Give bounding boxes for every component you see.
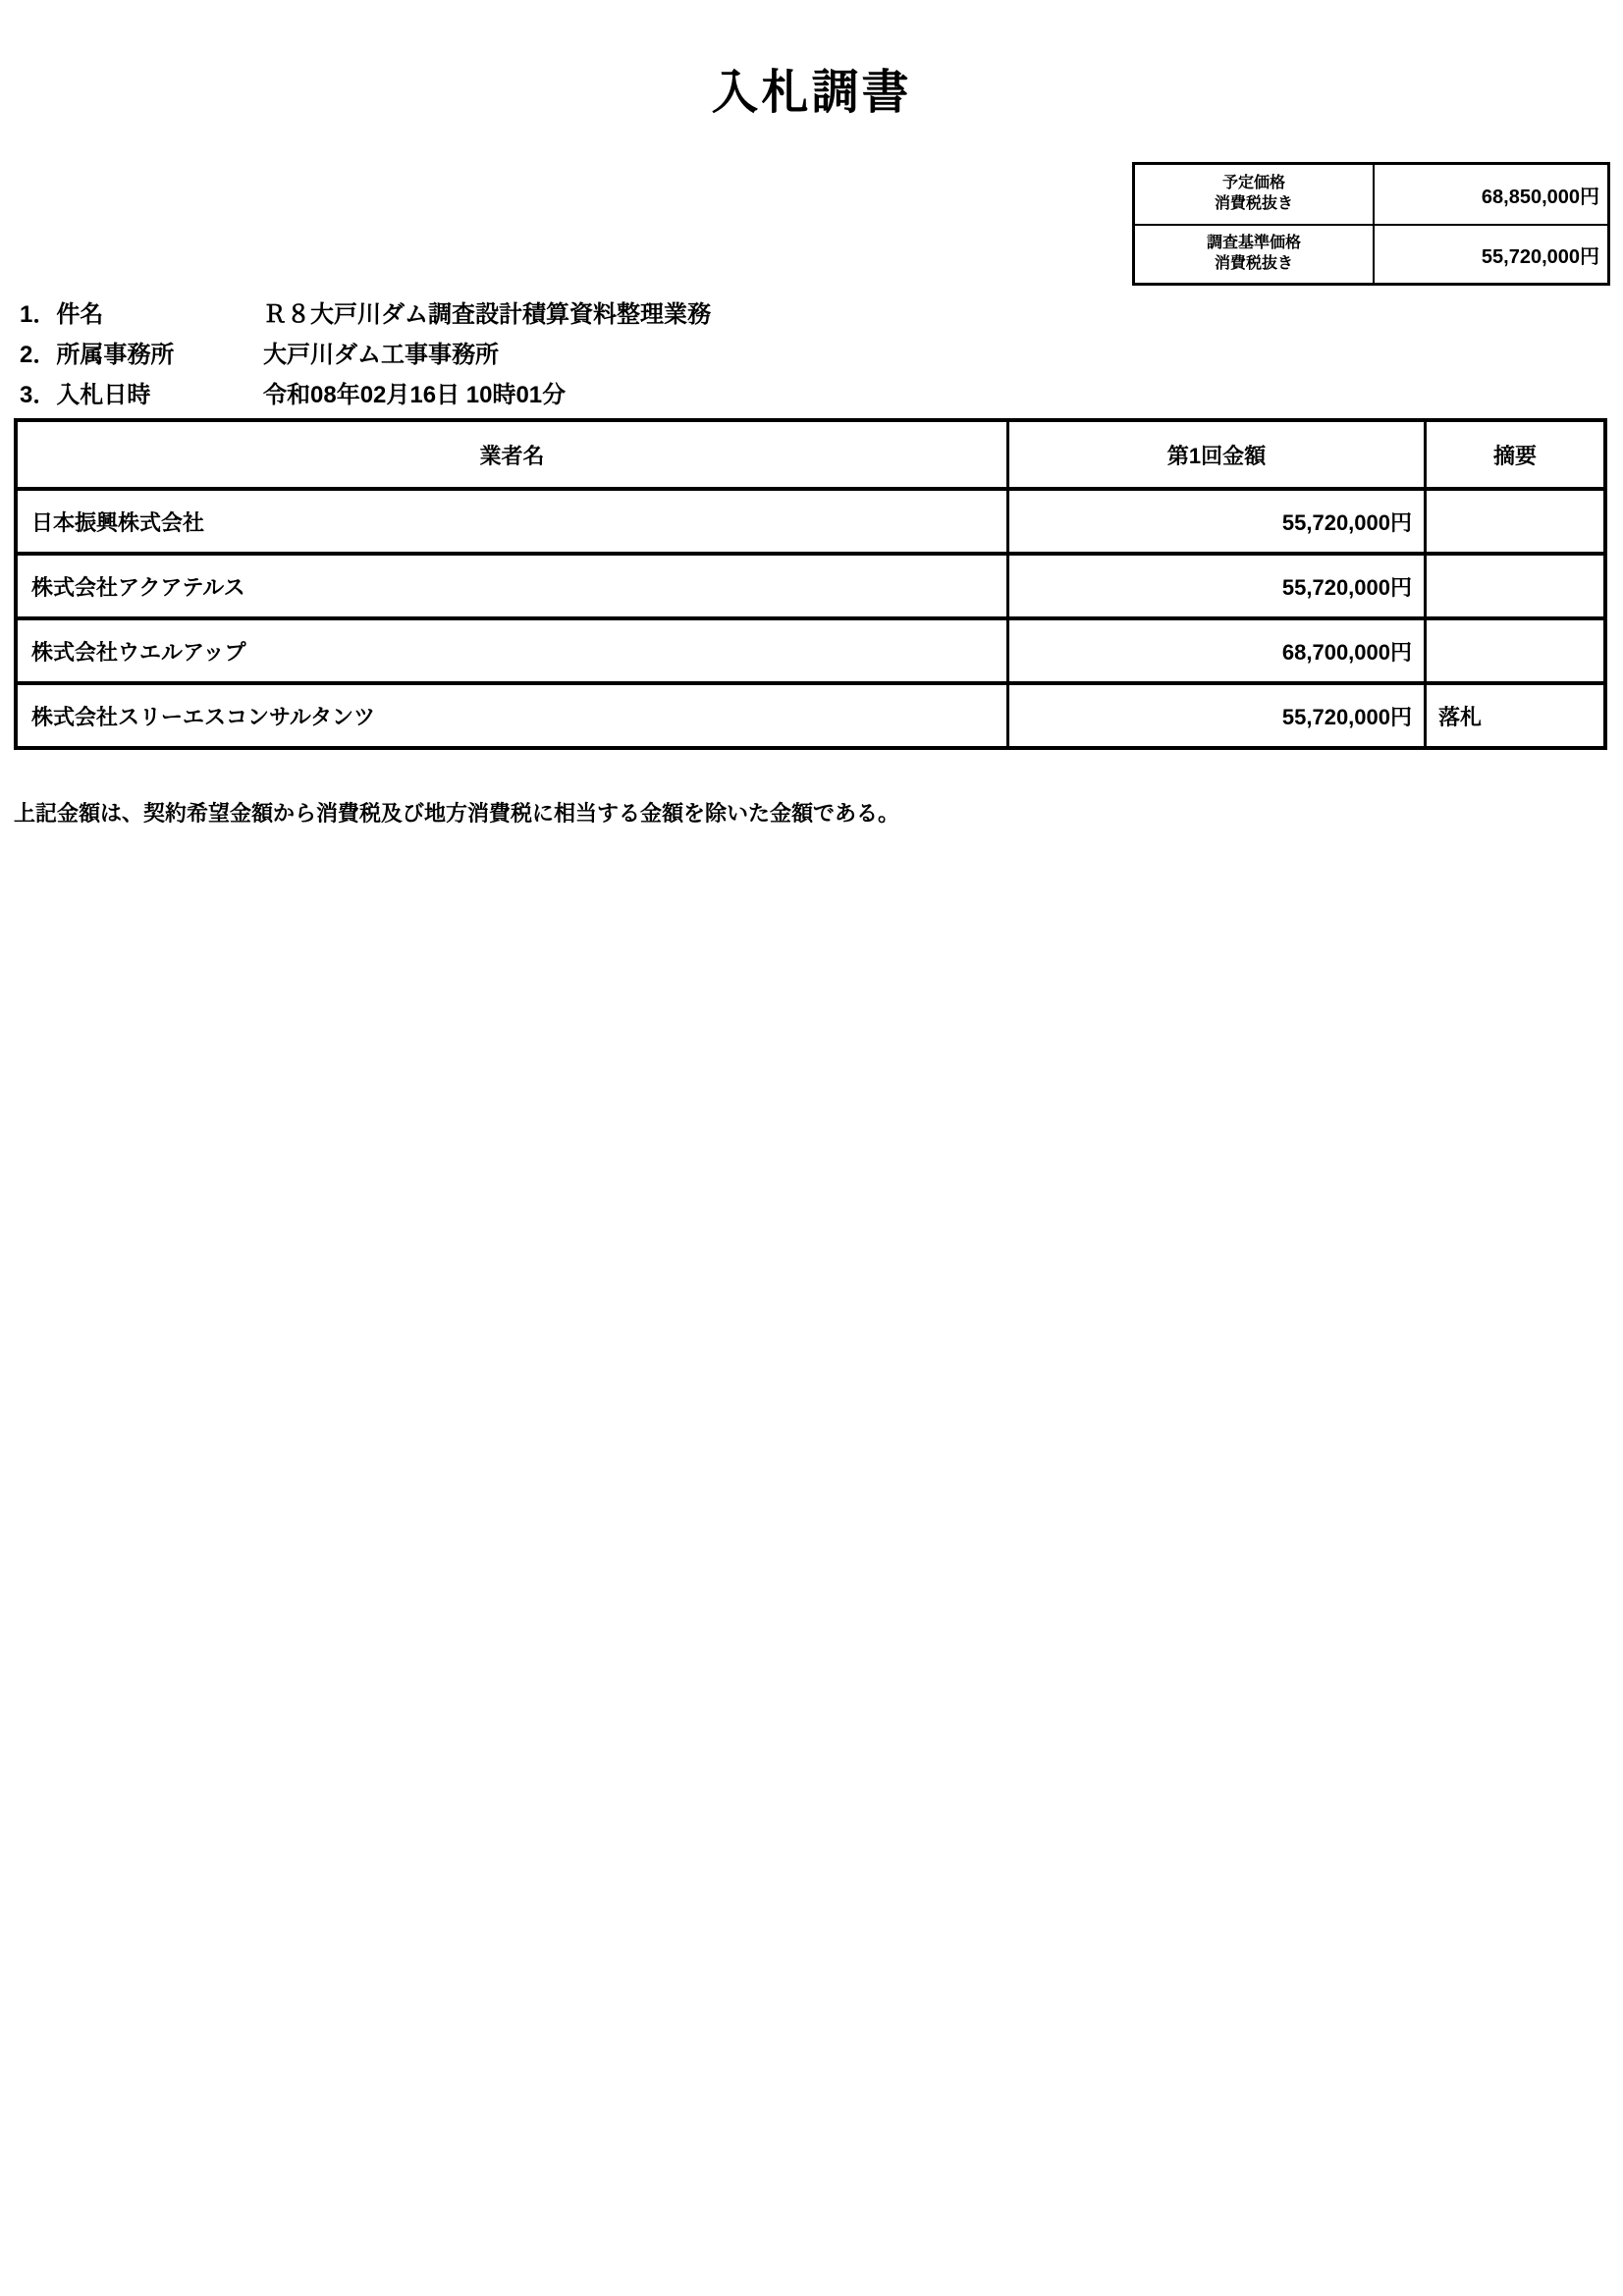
bid-record-document: 入札調書 予定価格 消費税抜き 68,850,000円 調査基準価格 消費税抜き… (0, 0, 1623, 2296)
remark-cell (1427, 556, 1603, 616)
office-label: 2．所属事務所 (20, 335, 263, 369)
remark-cell (1427, 491, 1603, 552)
vendor-name-cell: 株式会社ウエルアップ (18, 620, 1009, 681)
bid-datetime-value: 令和08年02月16日 10時01分 (263, 375, 566, 409)
header-first-round-amount: 第1回金額 (1009, 422, 1427, 487)
table-row: 株式会社ウエルアップ 68,700,000円 (18, 616, 1603, 681)
survey-base-price-value: 55,720,000円 (1375, 226, 1607, 283)
footer-note: 上記金額は、契約希望金額から消費税及び地方消費税に相当する金額を除いた金額である… (14, 797, 899, 828)
planned-price-label: 予定価格 消費税抜き (1135, 165, 1375, 224)
bid-datetime-label: 3．入札日時 (20, 375, 263, 409)
survey-base-price-label: 調査基準価格 消費税抜き (1135, 226, 1375, 283)
header-remarks: 摘要 (1427, 422, 1603, 487)
header-vendor-name: 業者名 (18, 422, 1009, 487)
amount-cell: 55,720,000円 (1009, 685, 1427, 746)
winning-bid-remark-cell: 落札 (1427, 685, 1603, 746)
info-row-bid-datetime: 3．入札日時 令和08年02月16日 10時01分 (20, 375, 1100, 415)
info-row-subject: 1．件名 Ｒ８大戸川ダム調査設計積算資料整理業務 (20, 294, 1100, 335)
survey-base-price-label-line1: 調査基準価格 (1207, 234, 1301, 254)
subject-value: Ｒ８大戸川ダム調査設計積算資料整理業務 (263, 294, 711, 329)
vendor-name-cell: 株式会社アクアテルス (18, 556, 1009, 616)
subject-label: 1．件名 (20, 294, 263, 329)
table-row: 日本振興株式会社 55,720,000円 (18, 487, 1603, 552)
amount-cell: 55,720,000円 (1009, 556, 1427, 616)
vendor-name-cell: 日本振興株式会社 (18, 491, 1009, 552)
office-value: 大戸川ダム工事事務所 (263, 335, 499, 369)
amount-cell: 68,700,000円 (1009, 620, 1427, 681)
survey-base-price-label-line2: 消費税抜き (1215, 254, 1293, 275)
page-title: 入札調書 (0, 54, 1623, 122)
bid-table-header-row: 業者名 第1回金額 摘要 (18, 422, 1603, 487)
amount-cell: 55,720,000円 (1009, 491, 1427, 552)
bid-table: 業者名 第1回金額 摘要 日本振興株式会社 55,720,000円 株式会社アク… (14, 418, 1607, 750)
table-row: 株式会社スリーエスコンサルタンツ 55,720,000円 落札 (18, 681, 1603, 746)
remark-cell (1427, 620, 1603, 681)
price-reference-table: 予定価格 消費税抜き 68,850,000円 調査基準価格 消費税抜き 55,7… (1132, 162, 1610, 286)
planned-price-label-line1: 予定価格 (1222, 174, 1285, 194)
planned-price-row: 予定価格 消費税抜き 68,850,000円 (1135, 165, 1607, 224)
survey-base-price-row: 調査基準価格 消費税抜き 55,720,000円 (1135, 224, 1607, 283)
info-row-office: 2．所属事務所 大戸川ダム工事事務所 (20, 335, 1100, 375)
planned-price-value: 68,850,000円 (1375, 165, 1607, 224)
planned-price-label-line2: 消費税抜き (1215, 194, 1293, 215)
info-section: 1．件名 Ｒ８大戸川ダム調査設計積算資料整理業務 2．所属事務所 大戸川ダム工事… (20, 294, 1100, 415)
table-row: 株式会社アクアテルス 55,720,000円 (18, 552, 1603, 616)
vendor-name-cell: 株式会社スリーエスコンサルタンツ (18, 685, 1009, 746)
